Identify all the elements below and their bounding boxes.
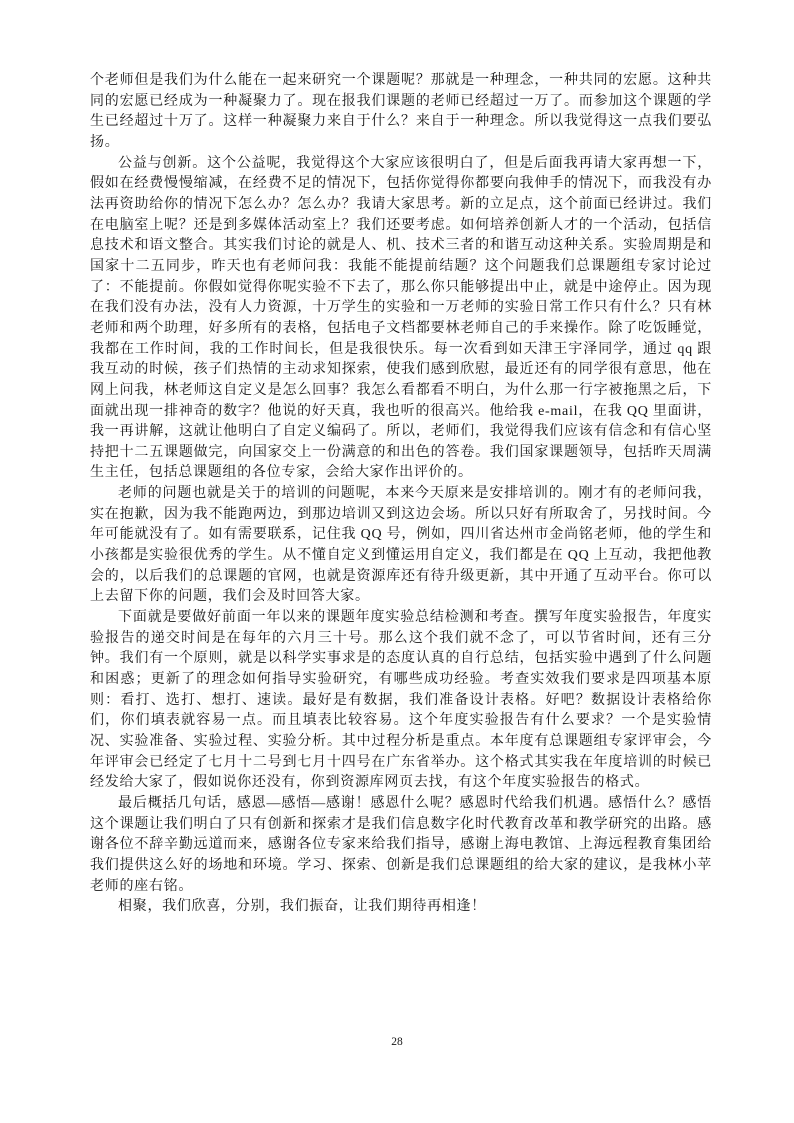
paragraph: 公益与创新。这个公益呢，我觉得这个大家应该很明白了，但是后面我再请大家再想一下，… (90, 154, 712, 485)
paragraph: 个老师但是我们为什么能在一起来研究一个课题呢？那就是一种理念，一种共同的宏愿。这… (90, 71, 712, 154)
document-page: 个老师但是我们为什么能在一起来研究一个课题呢？那就是一种理念，一种共同的宏愿。这… (0, 0, 794, 1123)
paragraph: 最后概括几句话，感恩—感悟—感谢！感恩什么呢？感恩时代给我们机遇。感悟什么？感悟… (90, 794, 712, 897)
document-body: 个老师但是我们为什么能在一起来研究一个课题呢？那就是一种理念，一种共同的宏愿。这… (90, 71, 712, 918)
paragraph: 老师的问题也就是关于的培训的问题呢，本来今天原来是安排培训的。刚才有的老师问我，… (90, 484, 712, 608)
paragraph: 相聚，我们欣喜，分别，我们振奋，让我们期待再相逢！ (90, 897, 712, 918)
page-number: 28 (0, 1036, 794, 1048)
paragraph: 下面就是要做好前面一年以来的课题年度实验总结检测和考查。撰写年度实验报告，年度实… (90, 608, 712, 794)
